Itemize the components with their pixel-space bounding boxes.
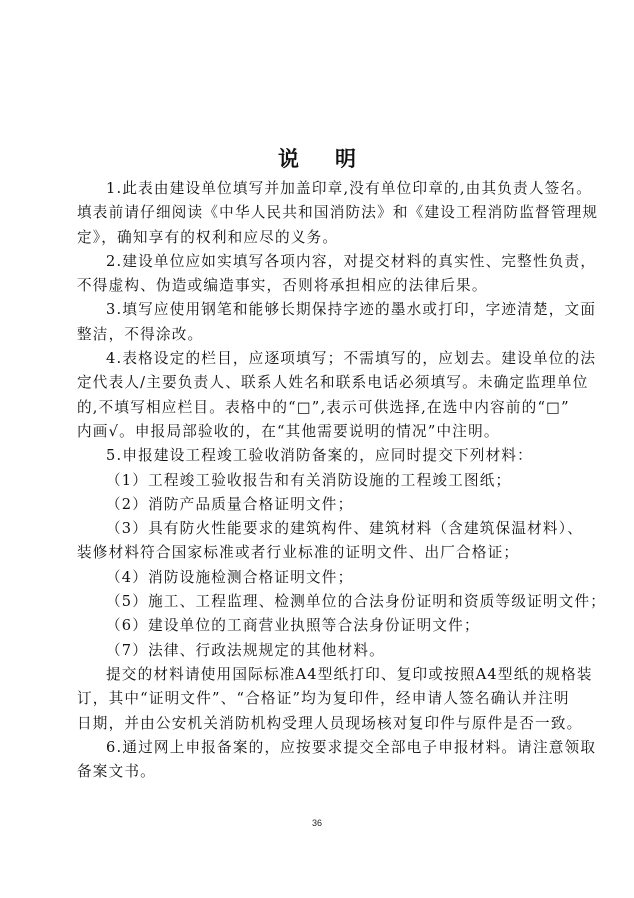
document-page: 说明 1.此表由建设单位填写并加盖印章,没有单位印章的,由其负责人签名。填表前请… — [0, 0, 634, 898]
text-line: 4.表格设定的栏目，应逐项填写；不需填写的，应划去。建设单位的法 — [77, 347, 563, 371]
text-line: 定》，确知享有的权利和应尽的义务。 — [77, 226, 563, 250]
text-line: 1.此表由建设单位填写并加盖印章,没有单位印章的,由其负责人签名。 — [77, 177, 563, 201]
text-line: 内画√。申报局部验收的，在“其他需要说明的情况”中注明。 — [77, 420, 563, 444]
text-line: 3.填写应使用钢笔和能够长期保持字迹的墨水或打印，字迹清楚，文面 — [77, 298, 563, 322]
text-line: （5）施工、工程监理、检测单位的合法身份证明和资质等级证明文件； — [77, 590, 563, 614]
text-line: 填表前请仔细阅读《中华人民共和国消防法》和《建设工程消防监督管理规 — [77, 201, 563, 225]
text-line: （4）消防设施检测合格证明文件； — [77, 566, 563, 590]
text-line: 提交的材料请使用国际标准A4型纸打印、复印或按照A4型纸的规格装 — [77, 663, 563, 687]
text-line: 不得虚构、伪造或编造事实，否则将承担相应的法律后果。 — [77, 274, 563, 298]
text-line: （7）法律、行政法规规定的其他材料。 — [77, 639, 563, 663]
text-line: 备案文书。 — [77, 760, 563, 784]
text-line: （6）建设单位的工商营业执照等合法身份证明文件； — [77, 614, 563, 638]
text-line: 2.建设单位应如实填写各项内容，对提交材料的真实性、完整性负责， — [77, 250, 563, 274]
text-line: 日期，并由公安机关消防机构受理人员现场核对复印件与原件是否一致。 — [77, 712, 563, 736]
text-line: 定代表人/主要负责人、联系人姓名和联系电话必须填写。未确定监理单位 — [77, 371, 563, 395]
title-char-2: 明 — [335, 143, 356, 173]
text-line: （3）具有防火性能要求的建筑构件、建筑材料（含建筑保温材料）、 — [77, 517, 563, 541]
text-line: 整洁，不得涂改。 — [77, 323, 563, 347]
text-line: （1）工程竣工验收报告和有关消防设施的工程竣工图纸； — [77, 469, 563, 493]
page-title: 说明 — [0, 143, 634, 173]
text-line: 装修材料符合国家标准或者行业标准的证明文件、出厂合格证； — [77, 541, 563, 565]
instructions-body: 1.此表由建设单位填写并加盖印章,没有单位印章的,由其负责人签名。填表前请仔细阅… — [77, 177, 563, 784]
text-line: 的,不填写相应栏目。表格中的“□”,表示可供选择,在选中内容前的“□” — [77, 396, 563, 420]
page-number: 36 — [0, 818, 634, 828]
text-line: （2）消防产品质量合格证明文件； — [77, 493, 563, 517]
title-char-1: 说 — [278, 143, 299, 173]
text-line: 6.通过网上申报备案的，应按要求提交全部电子申报材料。请注意领取 — [77, 736, 563, 760]
text-line: 5.申报建设工程竣工验收消防备案的，应同时提交下列材料： — [77, 444, 563, 468]
text-line: 订，其中“证明文件”、“合格证”均为复印件，经申请人签名确认并注明 — [77, 687, 563, 711]
